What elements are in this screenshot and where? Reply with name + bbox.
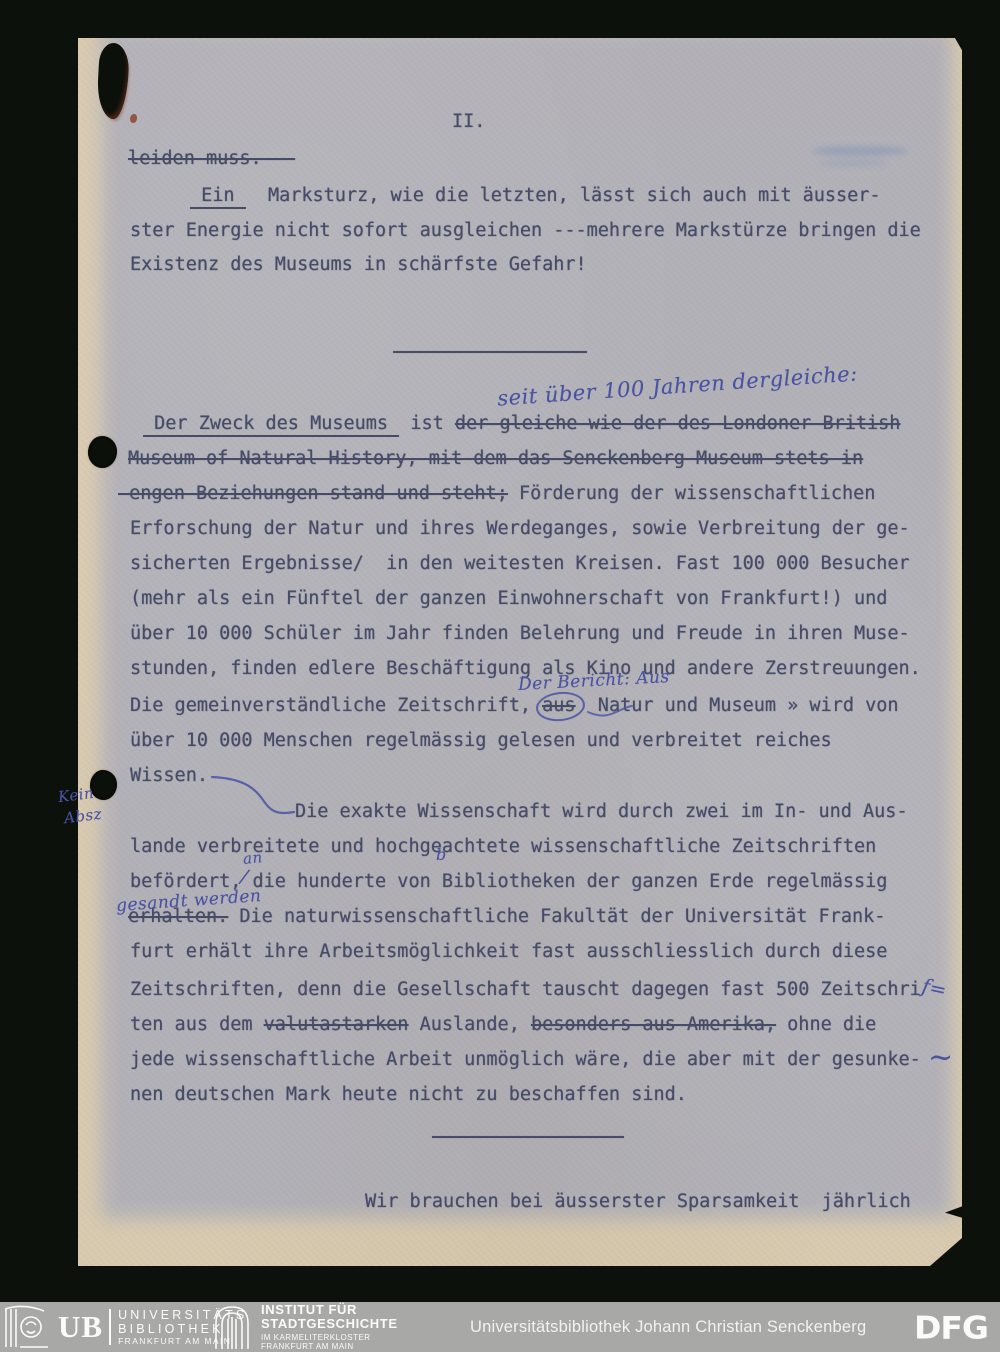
typed-text: Marksturz, wie die letzten, lässt sich a… <box>246 185 881 206</box>
typed-text: sicherten Ergebnisse/ in den weitesten K… <box>130 553 910 574</box>
typed-text-struck-circled: aus <box>542 695 575 716</box>
ub-columns-icon <box>4 1305 56 1349</box>
ub-abbr: UB <box>58 1309 103 1345</box>
erased-pencil-smudge <box>818 160 888 167</box>
institut-line2: STADTGESCHICHTE <box>261 1317 398 1331</box>
typed-line: Erforschung der Natur und ihres Werdegan… <box>130 517 910 541</box>
typed-separator-rule <box>432 1136 624 1138</box>
logo-divider <box>109 1309 111 1345</box>
typed-text: ohne die <box>776 1014 876 1035</box>
institut-stadtgeschichte-logo: INSTITUT FÜR STADTGESCHICHTE IM KARMELIT… <box>213 1305 398 1349</box>
handwritten-annotation: b <box>436 845 447 864</box>
typed-text: jede wissenschaftliche Arbeit unmöglich … <box>130 1049 921 1070</box>
typed-line: Zeitschriften, denn die Gesellschaft tau… <box>130 978 921 1002</box>
typed-text: Wir brauchen bei äusserster Sparsamkeit … <box>365 1191 911 1212</box>
typed-text: ten aus dem <box>130 1014 264 1035</box>
typed-line: jede wissenschaftliche Arbeit unmöglich … <box>130 1048 921 1072</box>
typed-line: Die exakte Wissenschaft wird durch zwei … <box>295 800 908 824</box>
typed-line: über 10 000 Menschen regelmässig gelesen… <box>130 729 832 753</box>
institut-line3: IM KARMELITERKLOSTER <box>261 1333 398 1342</box>
typed-text: Auslande, <box>408 1014 531 1035</box>
typed-text-underline: Ein <box>190 185 246 209</box>
karmeliterkloster-arch-icon <box>213 1305 251 1349</box>
typed-text: ster Energie nicht sofort ausgleichen --… <box>130 220 921 241</box>
typed-line: nen deutschen Mark heute nicht zu bescha… <box>130 1083 687 1107</box>
footer-bar: UB UNIVERSITÄTS BIBLIOTHEK FRANKFURT AM … <box>0 1302 1000 1352</box>
typed-separator-rule <box>393 351 587 353</box>
typed-line: leiden muss. <box>128 147 295 171</box>
typed-text: Natur und Museum » wird von <box>576 695 899 716</box>
library-name: Universitätsbibliothek Johann Christian … <box>470 1302 866 1352</box>
typed-line: Der Zweck des Museums ist der gleiche wi… <box>143 412 900 436</box>
typed-text-struck: engen Beziehungen stand und steht; <box>118 483 508 504</box>
typed-line: Existenz des Museums in schärfste Gefahr… <box>130 253 587 277</box>
typed-line: sicherten Ergebnisse/ in den weitesten K… <box>130 552 910 576</box>
typed-text-struck: besonders aus Amerika, <box>531 1014 776 1035</box>
typed-text-struck: leiden muss. <box>128 148 295 169</box>
typed-text: (mehr als ein Fünftel der ganzen Einwohn… <box>130 588 887 609</box>
typed-text-struck: der gleiche wie der des Londoner British <box>455 413 901 434</box>
typed-text: furt erhält ihre Arbeitsmöglichkeit fast… <box>130 941 887 962</box>
typed-text: Die exakte Wissenschaft wird durch zwei … <box>295 801 908 822</box>
typed-line: engen Beziehungen stand und steht; Förde… <box>118 482 875 506</box>
typed-line: ten aus dem valutastarken Auslande, beso… <box>130 1013 876 1037</box>
typed-line: ster Energie nicht sofort ausgleichen --… <box>130 219 921 243</box>
typed-text: Zeitschriften, denn die Gesellschaft tau… <box>130 979 921 1000</box>
typed-text: nen deutschen Mark heute nicht zu bescha… <box>130 1084 687 1105</box>
typed-text: Förderung der wissenschaftlichen <box>508 483 876 504</box>
scan-viewer: II.leiden muss. Ein Marksturz, wie die l… <box>0 0 1000 1352</box>
typed-text: Wissen. <box>130 765 208 786</box>
typed-text: Die naturwissenschaftliche Fakultät der … <box>228 906 885 927</box>
handwritten-annotation: an <box>242 848 263 868</box>
typed-line: Die gemeinverständliche Zeitschrift, aus… <box>130 694 899 718</box>
typed-text: II. <box>452 111 485 132</box>
typed-line: Museum of Natural History, mit dem das S… <box>128 447 863 471</box>
typed-text: Existenz des Museums in schärfste Gefahr… <box>130 254 587 275</box>
handwritten-annotation: f= <box>920 974 950 1003</box>
typed-line: Ein Marksturz, wie die letzten, lässt si… <box>190 184 881 208</box>
typed-line: über 10 000 Schüler im Jahr finden Beleh… <box>130 622 910 646</box>
typed-text: ist <box>399 413 455 434</box>
typed-text: Die gemeinverständliche Zeitschrift, <box>130 695 542 716</box>
typed-line: Wir brauchen bei äusserster Sparsamkeit … <box>365 1190 911 1214</box>
typed-line: (mehr als ein Fünftel der ganzen Einwohn… <box>130 587 887 611</box>
ub-logo: UB UNIVERSITÄTS BIBLIOTHEK FRANKFURT AM … <box>4 1305 247 1349</box>
handwritten-annotation: ~ <box>928 1040 954 1075</box>
typed-text-struck: Museum of Natural History, mit dem das S… <box>128 448 863 469</box>
dfg-logo: DFG <box>914 1303 988 1351</box>
typed-text: über 10 000 Menschen regelmässig gelesen… <box>130 730 832 751</box>
erased-pencil-smudge <box>812 146 908 156</box>
typed-text: Erforschung der Natur und ihres Werdegan… <box>130 518 910 539</box>
punch-hole <box>88 436 117 468</box>
typed-line: II. <box>452 110 485 134</box>
typed-line: erhalten. Die naturwissenschaftliche Fak… <box>128 905 885 929</box>
typed-text-struck: valutastarken <box>264 1014 409 1035</box>
typed-text: über 10 000 Schüler im Jahr finden Beleh… <box>130 623 910 644</box>
typed-line: Wissen. <box>130 764 208 788</box>
typed-text-underline: Der Zweck des Museums <box>143 413 399 437</box>
typed-line: furt erhält ihre Arbeitsmöglichkeit fast… <box>130 940 887 964</box>
institut-line4: FRANKFURT AM MAIN <box>261 1342 398 1351</box>
institut-line1: INSTITUT FÜR <box>261 1303 398 1317</box>
